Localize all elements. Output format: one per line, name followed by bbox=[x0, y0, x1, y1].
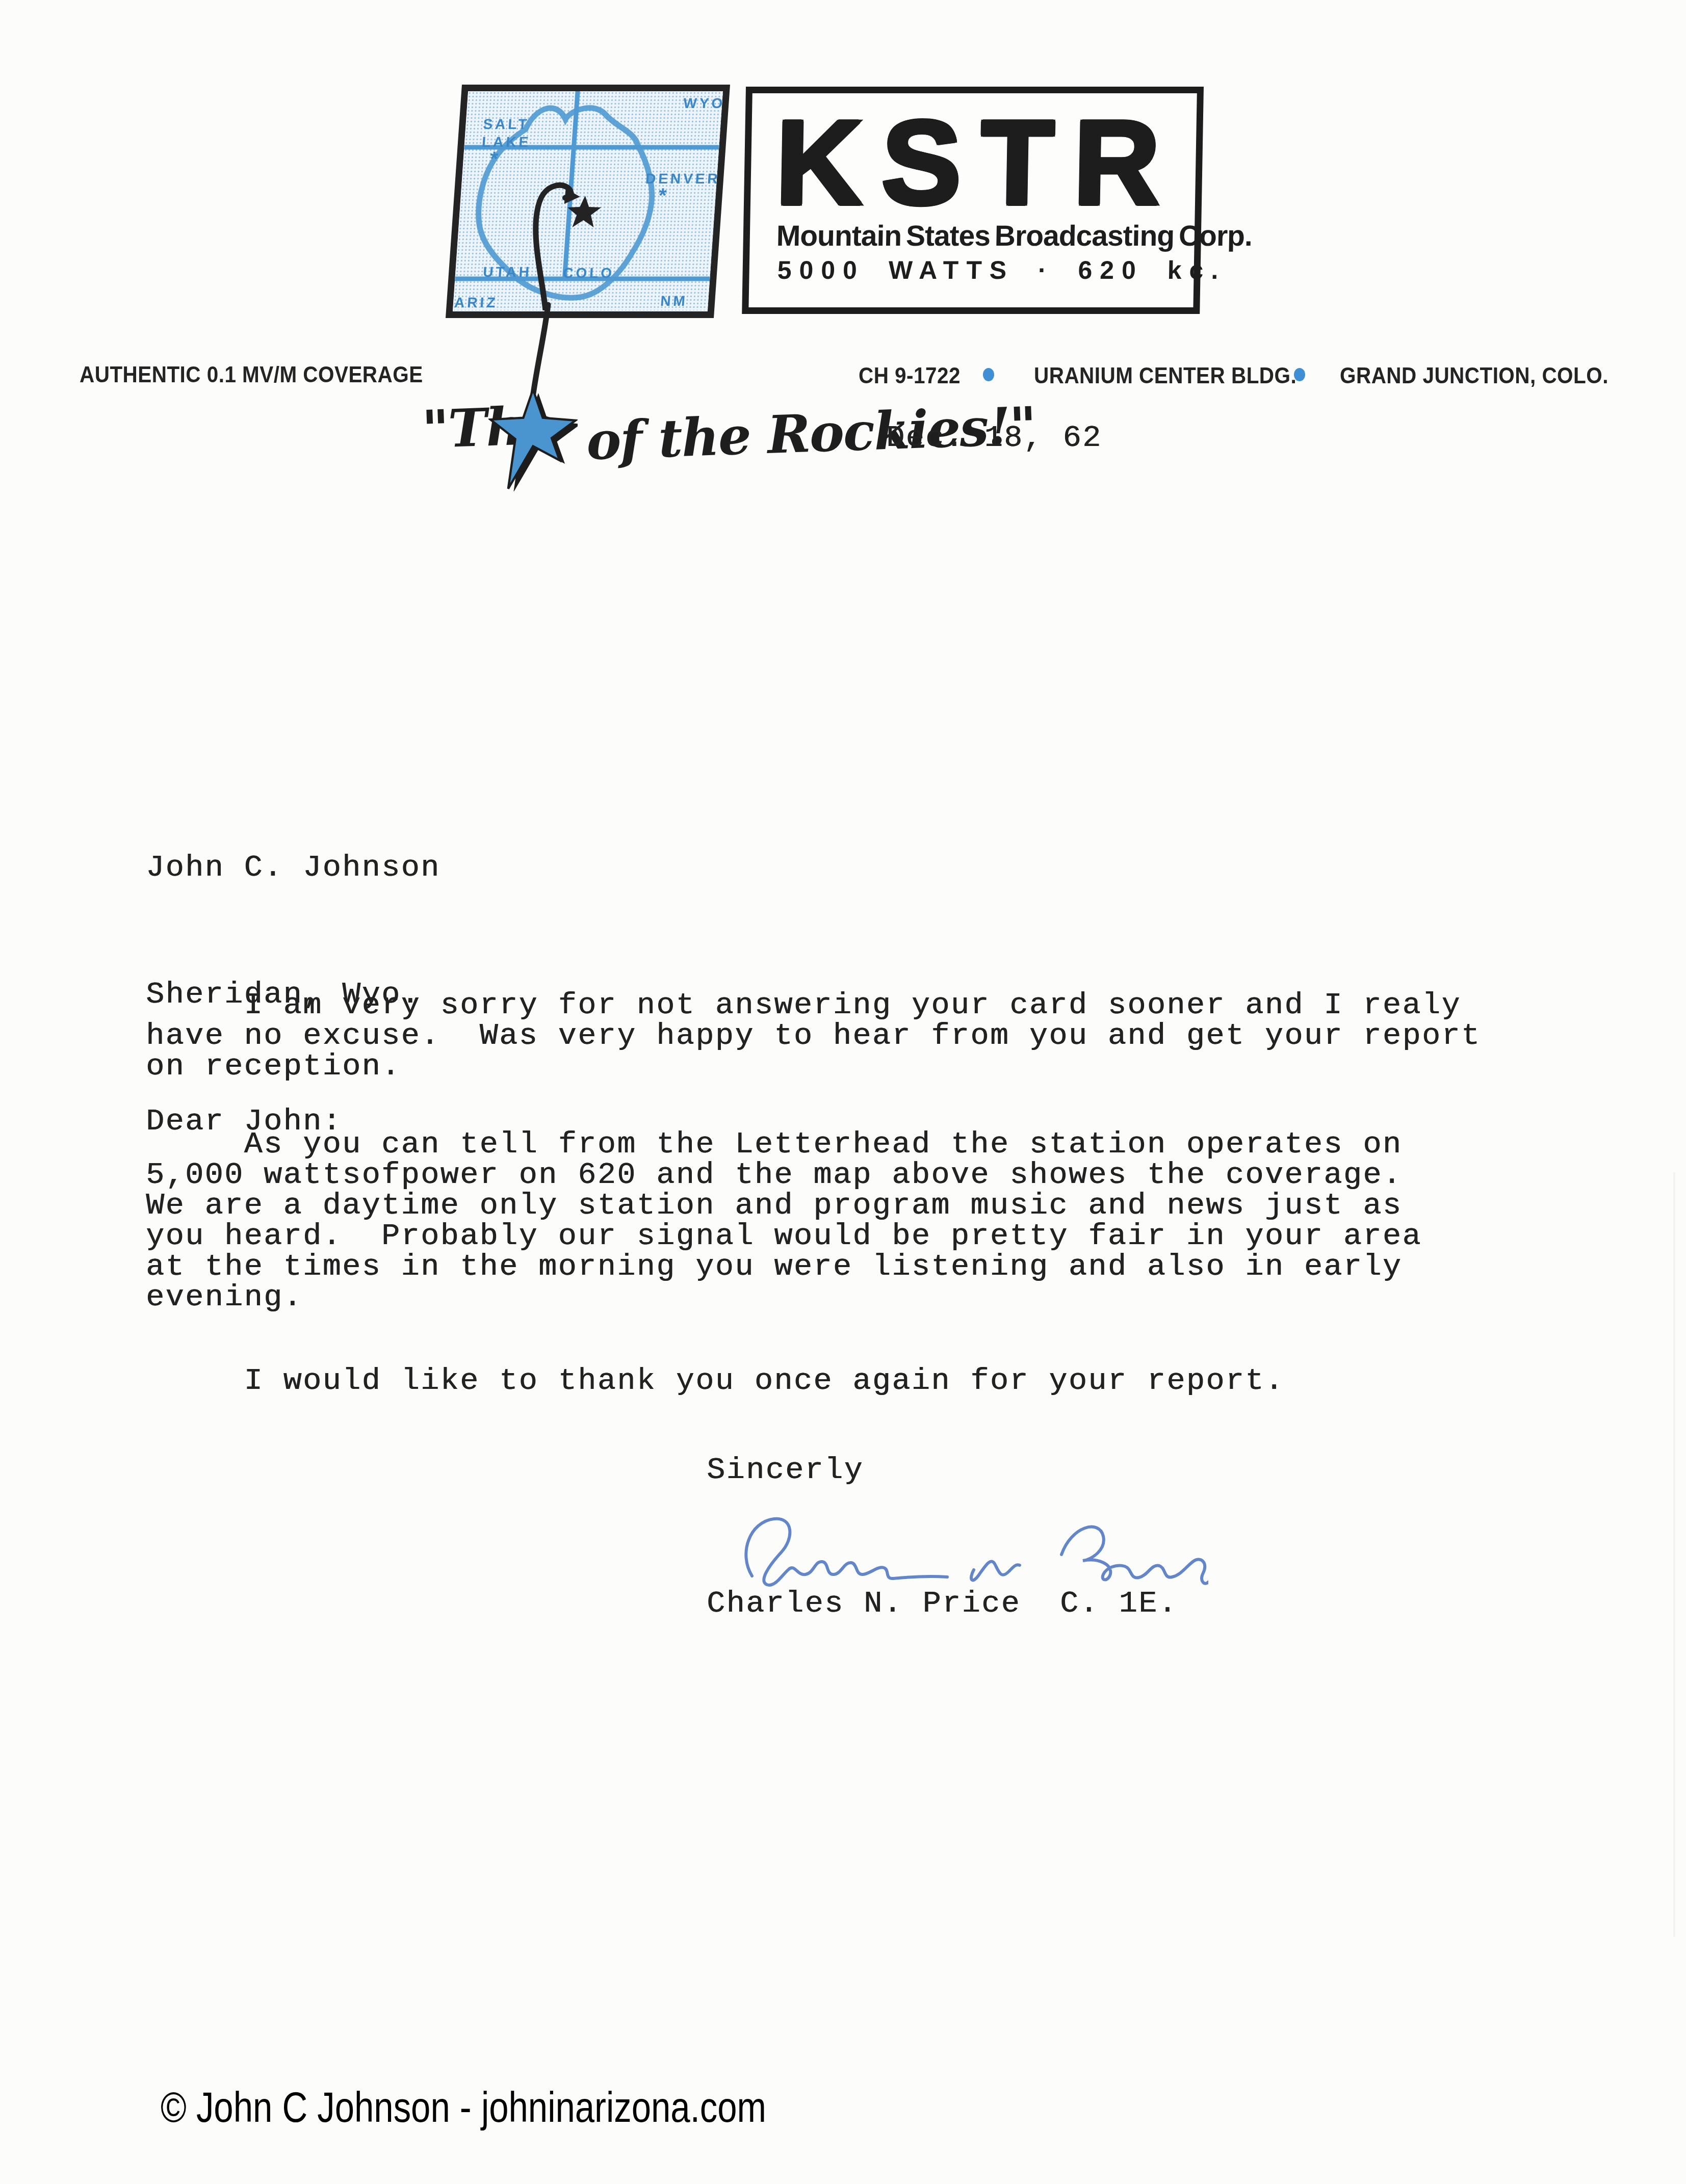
copyright-text: © John C Johnson - johninarizona.com bbox=[161, 2086, 766, 2128]
paragraph-2: As you can tell from the Letterhead the … bbox=[146, 1129, 1422, 1313]
paragraph-3: I would like to thank you once again for… bbox=[146, 1366, 1284, 1397]
closing: Sincerly bbox=[707, 1455, 864, 1486]
station-banner: KSTR Mountain States Broadcasting Corp. … bbox=[742, 87, 1204, 314]
coverage-note: AUTHENTIC 0.1 MV/M COVERAGE bbox=[80, 364, 423, 386]
scan-artifact bbox=[1673, 1172, 1675, 1937]
map-label-salt: SALT bbox=[482, 116, 530, 132]
map-label-utah: UTAH bbox=[482, 264, 532, 280]
map-label-denver: DENVER bbox=[645, 171, 721, 187]
map-label-wyo: WYO bbox=[683, 95, 723, 111]
station-power-frequency: 5000 WATTS · 620 kc. bbox=[777, 257, 1226, 283]
bullet-dot-icon bbox=[1294, 368, 1305, 381]
contact-city: GRAND JUNCTION, COLO. bbox=[1340, 365, 1609, 387]
map-label-nm: NM bbox=[660, 293, 688, 309]
contact-building: URANIUM CENTER BLDG. bbox=[1034, 365, 1296, 387]
coverage-map-graphic: SALT LAKE WYO DENVER UTAH COLO ARIZ NM *… bbox=[453, 91, 723, 310]
signed-name: Charles N. Price C. 1E. bbox=[707, 1589, 1178, 1619]
denver-city-marker-icon: * bbox=[658, 185, 670, 207]
coverage-map: SALT LAKE WYO DENVER UTAH COLO ARIZ NM *… bbox=[446, 85, 730, 318]
letter-date: Dec. 18, 62 bbox=[886, 423, 1102, 454]
map-label-lake: LAKE bbox=[481, 134, 531, 150]
blue-star-emblem-icon bbox=[488, 389, 578, 491]
scanned-letter-page: SALT LAKE WYO DENVER UTAH COLO ARIZ NM *… bbox=[0, 0, 1686, 2184]
station-company-name: Mountain States Broadcasting Corp. bbox=[776, 222, 1252, 251]
salt-lake-city-marker-icon: * bbox=[489, 148, 501, 170]
contact-phone: CH 9-1722 bbox=[859, 365, 961, 387]
station-callsign: KSTR bbox=[774, 102, 1180, 222]
bullet-dot-icon bbox=[983, 368, 994, 381]
map-label-ariz: ARIZ bbox=[454, 295, 498, 310]
recipient-name: John C. Johnson bbox=[146, 835, 440, 901]
map-label-colo: COLO bbox=[562, 265, 615, 281]
paragraph-1: I am very sorry for not answering your c… bbox=[146, 990, 1481, 1082]
